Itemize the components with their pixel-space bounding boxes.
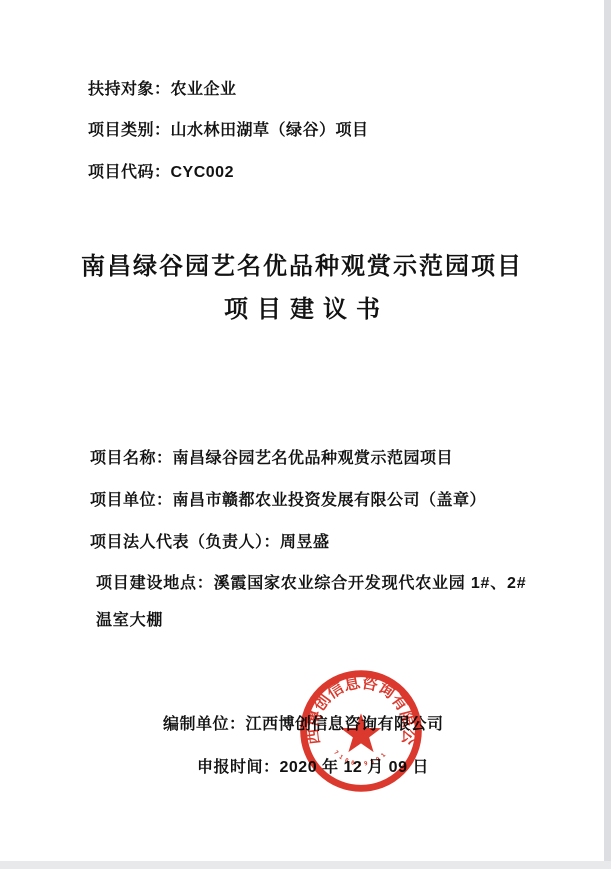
page-edge-bottom	[0, 861, 611, 869]
project-code-line: 项目代码：CYC002	[88, 163, 234, 183]
declaration-date-line: 申报时间：2020 年 12 月 09 日	[197, 758, 429, 778]
document-title: 南昌绿谷园艺名优品种观赏示范园项目	[0, 246, 604, 281]
construction-site-line: 项目建设地点：溪霞国家农业综合开发现代农业园 1#、2#	[96, 574, 526, 594]
construction-site-line-2: 温室大棚	[96, 611, 163, 631]
project-unit-line: 项目单位：南昌市赣都农业投资发展有限公司（盖章）	[90, 491, 486, 511]
project-name-line: 项目名称：南昌绿谷园艺名优品种观赏示范园项目	[90, 449, 453, 469]
support-target-line: 扶持对象：农业企业	[88, 80, 237, 100]
document-subtitle: 项目建议书	[0, 289, 604, 324]
prepared-by-line: 编制单位：江西博创信息咨询有限公司	[163, 715, 444, 735]
document-page: 扶持对象：农业企业 项目类别：山水林田湖草（绿谷）项目 项目代码：CYC002 …	[0, 0, 615, 869]
page-edge-right	[604, 0, 611, 869]
legal-representative-line: 项目法人代表（负责人）：周昱盛	[90, 533, 330, 553]
project-category-line: 项目类别：山水林田湖草（绿谷）项目	[88, 121, 369, 141]
